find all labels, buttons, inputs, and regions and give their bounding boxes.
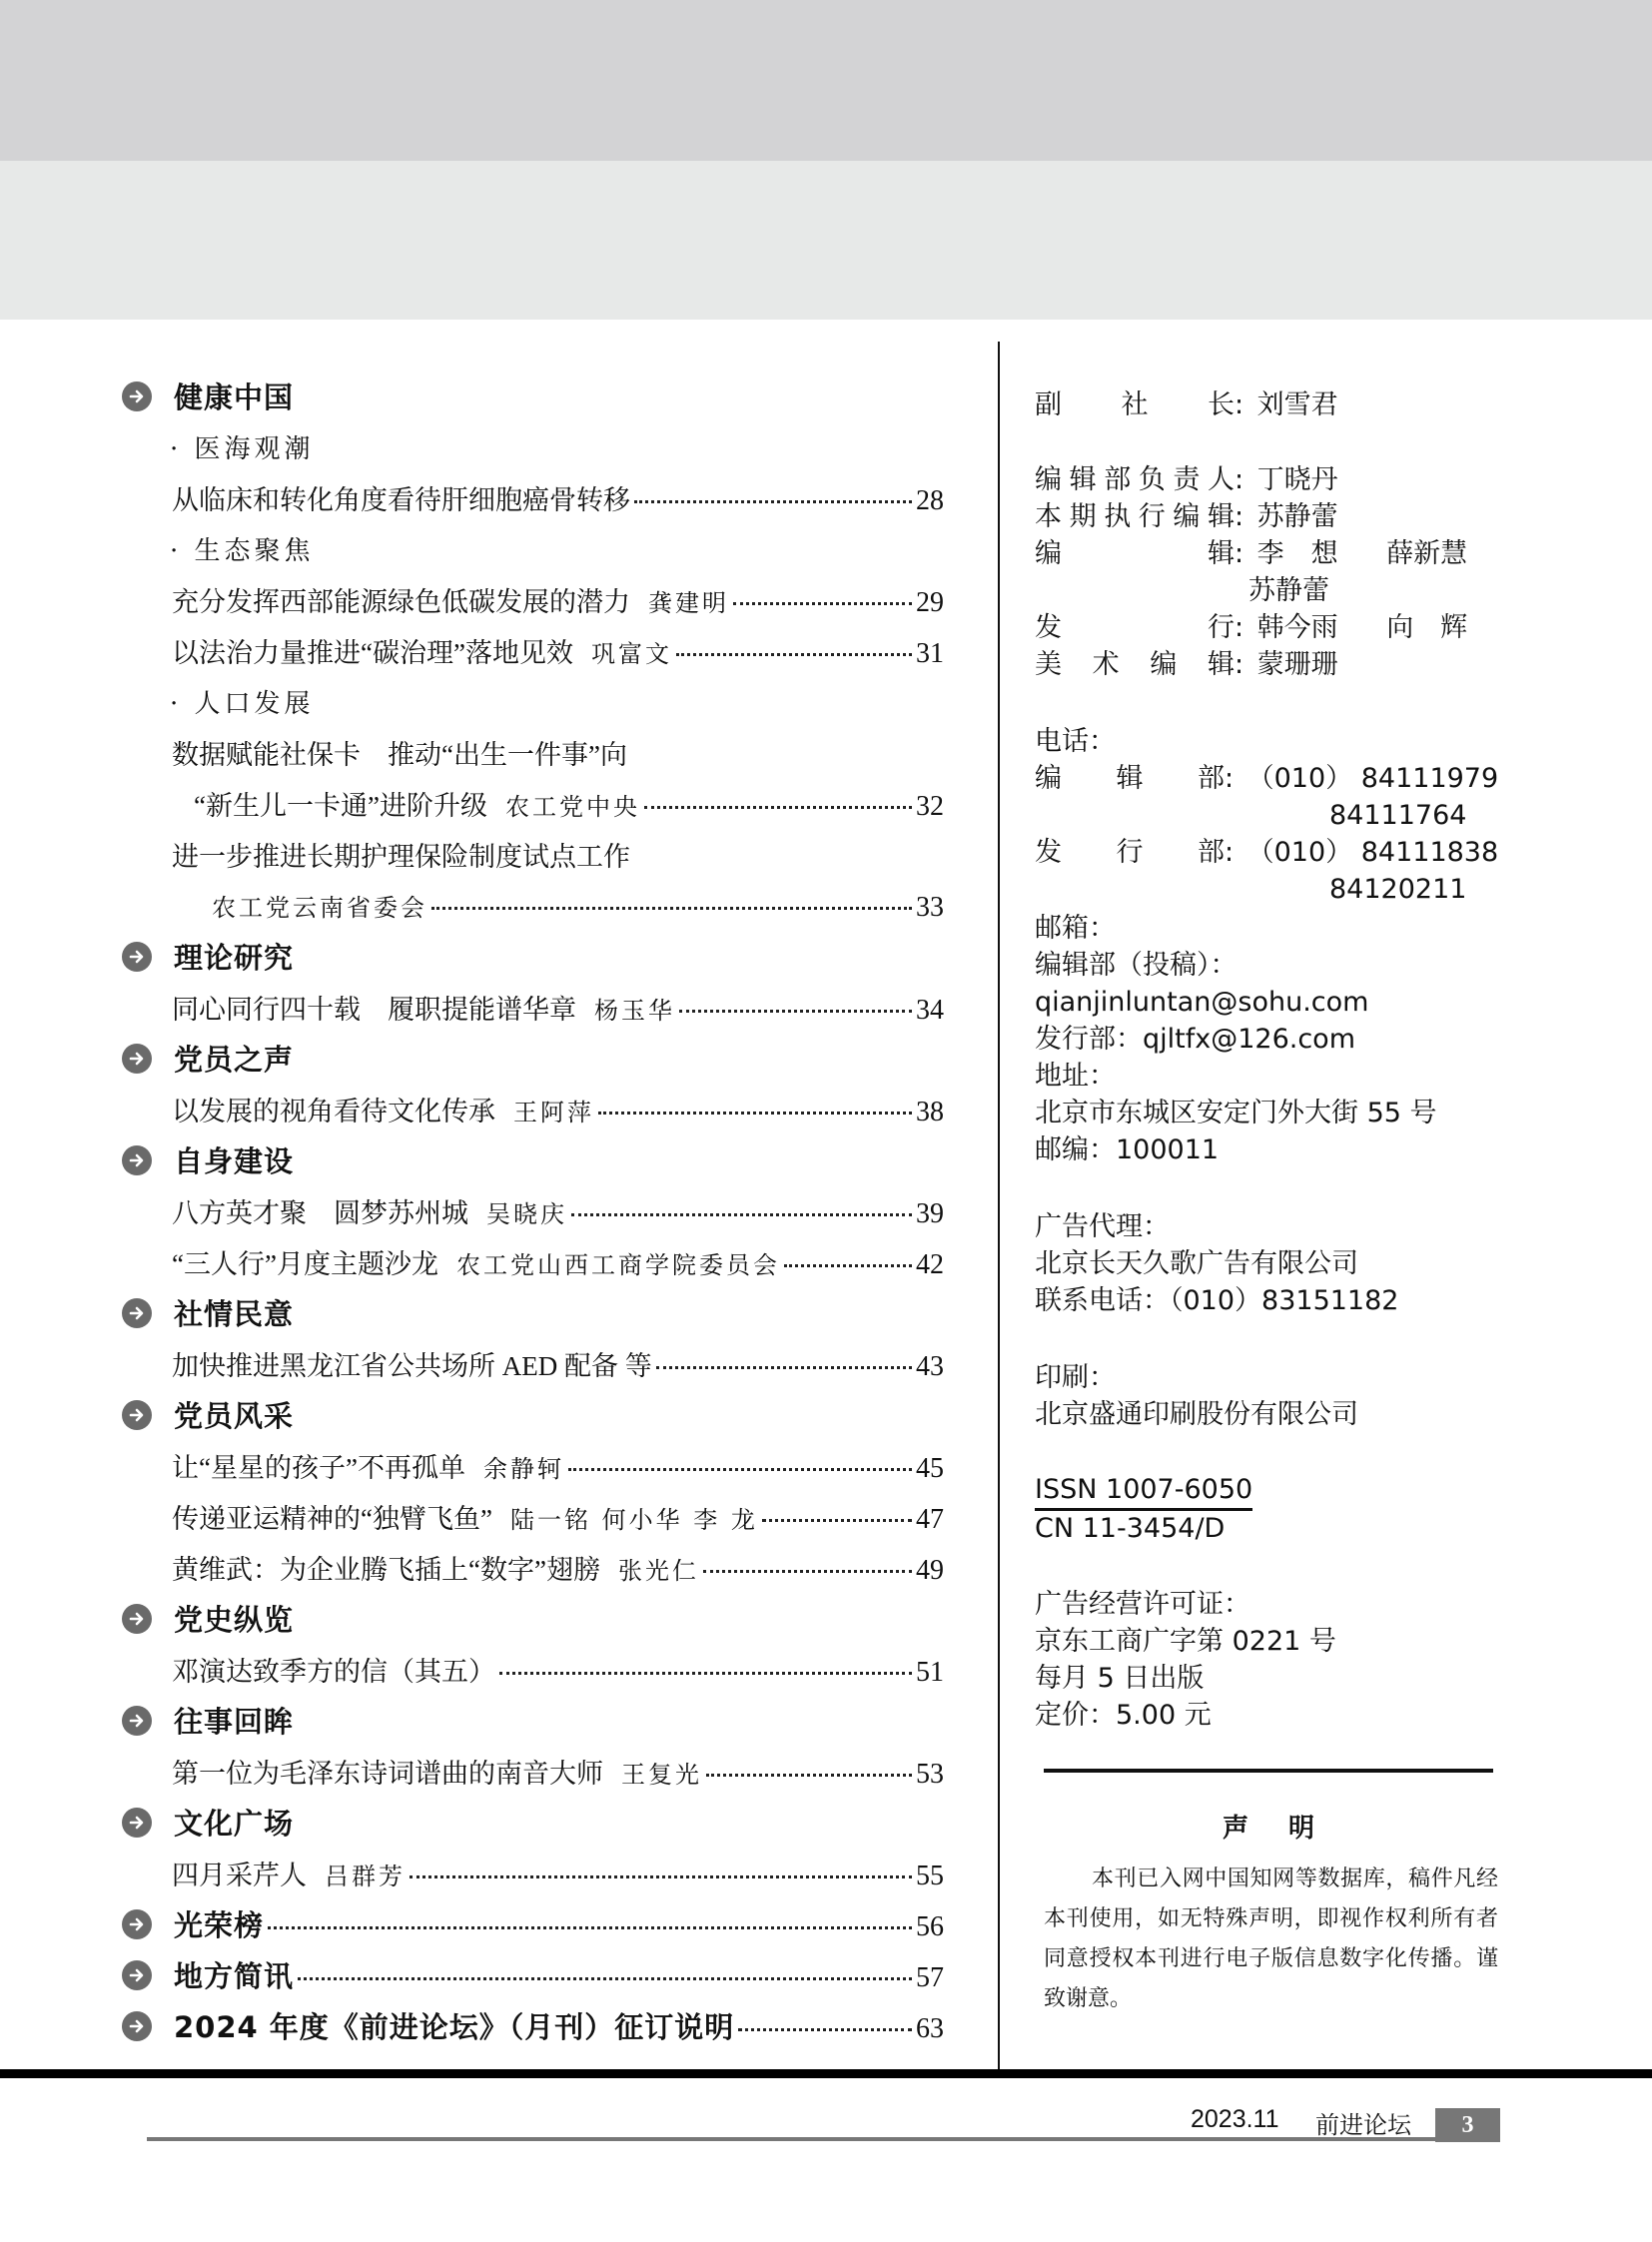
toc-entry[interactable]: 黄维武：为企业腾飞插上“数字”翅膀 张光仁 49 bbox=[0, 1542, 999, 1593]
entry-title: 八方英才聚 圆梦苏州城 bbox=[172, 1191, 468, 1230]
entry-author: 吕群芳 bbox=[325, 1857, 406, 1891]
entry-author: 王阿萍 bbox=[513, 1093, 594, 1127]
section-title: 自身建设 bbox=[174, 1139, 294, 1180]
address: 北京市东城区安定门外大街 55 号 bbox=[1035, 1096, 1437, 1131]
phone-distribution: 发 行 部: （010） 84111838 bbox=[1035, 835, 1498, 871]
postcode: 邮编：100011 bbox=[1035, 1132, 1219, 1168]
toc-section-member-voice[interactable]: 党员之声 bbox=[0, 1033, 999, 1084]
arrow-right-icon bbox=[122, 2011, 152, 2041]
masthead-distribution: 发 行: 韩今雨 向 辉 bbox=[1035, 610, 1467, 646]
entry-title: 从临床和转化角度看待肝细胞癌骨转移 bbox=[172, 478, 630, 517]
email-heading: 邮箱： bbox=[1035, 911, 1116, 947]
dot-leader bbox=[268, 1926, 912, 1929]
printer: 北京盛通印刷股份有限公司 bbox=[1035, 1397, 1358, 1433]
arrow-right-icon bbox=[122, 1706, 152, 1736]
phone-heading: 电话： bbox=[1035, 724, 1116, 760]
entry-title: 邓演达致季方的信（其五） bbox=[172, 1650, 495, 1689]
page-number: 47 bbox=[916, 1504, 944, 1536]
toc-section-local-news[interactable]: 地方简讯 57 bbox=[0, 1949, 999, 2000]
toc-entry-line2[interactable]: “新生儿一卡通”进阶升级 农工党中央 32 bbox=[0, 778, 999, 829]
entry-author: 农工党云南省委会 bbox=[190, 888, 427, 923]
toc-entry[interactable]: 传递亚运精神的“独臂飞鱼” 陆一铭 何小华 李 龙 47 bbox=[0, 1491, 999, 1542]
toc-section-retrospect[interactable]: 往事回眸 bbox=[0, 1695, 999, 1746]
entry-title: 黄维武：为企业腾飞插上“数字”翅膀 bbox=[172, 1548, 600, 1587]
footer-page-number: 3 bbox=[1435, 2108, 1500, 2142]
column-divider bbox=[998, 342, 1000, 2069]
dot-leader bbox=[598, 1112, 912, 1115]
header-band-top bbox=[0, 0, 1652, 161]
entry-title: 加快推进黑龙江省公共场所 AED 配备 等 bbox=[172, 1344, 652, 1383]
page-number: 63 bbox=[916, 2013, 944, 2045]
entry-title: 第一位为毛泽东诗词谱曲的南音大师 bbox=[172, 1752, 603, 1791]
footer-rule bbox=[147, 2137, 1440, 2141]
entry-title: 传递亚运精神的“独臂飞鱼” bbox=[172, 1497, 492, 1536]
toc-entry[interactable]: 加快推进黑龙江省公共场所 AED 配备 等 43 bbox=[0, 1338, 999, 1389]
toc-entry-line2[interactable]: 农工党云南省委会 33 bbox=[0, 880, 999, 931]
dot-leader bbox=[706, 1774, 912, 1777]
toc-entry[interactable]: 以法治力量推进“碳治理”落地见效 巩富文 31 bbox=[0, 625, 999, 676]
toc-entry[interactable]: 八方英才聚 圆梦苏州城 吴晓庆 39 bbox=[0, 1185, 999, 1236]
email-editorial[interactable]: qianjinluntan@sohu.com bbox=[1035, 985, 1368, 1021]
toc-entry-line1[interactable]: 数据赋能社保卡 推动“出生一件事”向 bbox=[0, 727, 999, 778]
dot-leader bbox=[644, 806, 912, 809]
masthead-editorial-head: 编辑部负责人: 丁晓丹 bbox=[1035, 462, 1338, 498]
toc-section-party-history[interactable]: 党史纵览 bbox=[0, 1593, 999, 1644]
toc-section-culture-square[interactable]: 文化广场 bbox=[0, 1797, 999, 1848]
bottom-black-bar bbox=[0, 2069, 1652, 2078]
entry-title: 充分发挥西部能源绿色低碳发展的潜力 bbox=[172, 580, 630, 619]
page-number: 34 bbox=[916, 995, 944, 1027]
masthead-art-editor: 美 术 编 辑: 蒙珊珊 bbox=[1035, 647, 1338, 683]
entry-author: 巩富文 bbox=[591, 634, 672, 669]
subsection-title: · 人口发展 bbox=[170, 683, 315, 720]
section-title: 社情民意 bbox=[174, 1292, 294, 1333]
arrow-right-icon bbox=[122, 1909, 152, 1939]
masthead-deputy-director: 副 社 长: 刘雪君 bbox=[1035, 387, 1338, 423]
toc-subsection: · 医海观潮 bbox=[0, 421, 999, 472]
toc-entry[interactable]: 同心同行四十载 履职提能谱华章 杨玉华 34 bbox=[0, 982, 999, 1033]
entry-author: 杨玉华 bbox=[594, 991, 675, 1026]
entry-title: 让“星星的孩子”不再孤单 bbox=[172, 1446, 465, 1485]
entry-author: 余静轲 bbox=[483, 1449, 564, 1484]
address-heading: 地址： bbox=[1035, 1059, 1116, 1095]
toc-section-health-china[interactable]: 健康中国 bbox=[0, 371, 999, 421]
cn-number: CN 11-3454/D bbox=[1035, 1511, 1225, 1547]
page-number: 51 bbox=[916, 1657, 944, 1689]
entry-title: 四月采芹人 bbox=[172, 1854, 307, 1892]
dot-leader bbox=[784, 1264, 912, 1267]
page-number: 43 bbox=[916, 1351, 944, 1383]
arrow-right-icon bbox=[122, 1298, 152, 1328]
arrow-right-icon bbox=[122, 1604, 152, 1634]
entry-author: 张光仁 bbox=[618, 1551, 699, 1586]
section-title: 地方简讯 bbox=[174, 1954, 294, 1995]
arrow-right-icon bbox=[122, 1808, 152, 1838]
footer-magazine-name: 前进论坛 bbox=[1315, 2105, 1411, 2140]
toc-entry[interactable]: 从临床和转化角度看待肝细胞癌骨转移 28 bbox=[0, 472, 999, 523]
page-number: 42 bbox=[916, 1249, 944, 1281]
toc-subsection: · 生态聚焦 bbox=[0, 523, 999, 574]
dot-leader bbox=[499, 1672, 912, 1675]
page-number: 28 bbox=[916, 485, 944, 517]
subsection-title: · 生态聚焦 bbox=[170, 530, 315, 567]
dot-leader bbox=[676, 653, 912, 656]
page-number: 31 bbox=[916, 638, 944, 670]
toc-entry-line1[interactable]: 进一步推进长期护理保险制度试点工作 bbox=[0, 829, 999, 880]
entry-author: 吴晓庆 bbox=[486, 1194, 567, 1229]
masthead-exec-editor: 本期执行编辑: 苏静蕾 bbox=[1035, 499, 1338, 535]
toc-section-self-building[interactable]: 自身建设 bbox=[0, 1134, 999, 1185]
email-distribution[interactable]: 发行部：qjltfx@126.com bbox=[1035, 1022, 1355, 1058]
arrow-right-icon bbox=[122, 1960, 152, 1990]
toc-entry[interactable]: “三人行”月度主题沙龙 农工党山西工商学院委员会 42 bbox=[0, 1236, 999, 1287]
arrow-right-icon bbox=[122, 1145, 152, 1175]
section-title: 健康中国 bbox=[174, 375, 294, 416]
dot-leader bbox=[431, 907, 912, 910]
page-number: 53 bbox=[916, 1759, 944, 1791]
dot-leader bbox=[410, 1875, 912, 1878]
toc-entry[interactable]: 让“星星的孩子”不再孤单 余静轲 45 bbox=[0, 1440, 999, 1491]
entry-author: 农工党中央 bbox=[505, 787, 640, 822]
entry-title: “新生儿一卡通”进阶升级 bbox=[172, 784, 487, 823]
ad-agent: 北京长天久歌广告有限公司 bbox=[1035, 1246, 1358, 1282]
page-number: 49 bbox=[916, 1555, 944, 1587]
section-title: 文化广场 bbox=[174, 1802, 294, 1843]
footer-issue-date: 2023.11 bbox=[1191, 2105, 1279, 2134]
arrow-right-icon bbox=[122, 381, 152, 411]
ad-license-heading: 广告经营许可证： bbox=[1035, 1587, 1250, 1623]
entry-title: 以法治力量推进“碳治理”落地见效 bbox=[172, 631, 573, 670]
page-number: 45 bbox=[916, 1453, 944, 1485]
notice-title: 声明 bbox=[1044, 1808, 1493, 1845]
printer-heading: 印刷： bbox=[1035, 1360, 1116, 1396]
section-title: 理论研究 bbox=[174, 936, 294, 977]
page-number: 38 bbox=[916, 1097, 944, 1128]
header-band-mid bbox=[0, 161, 1652, 320]
toc-entry[interactable]: 第一位为毛泽东诗词谱曲的南音大师 王复光 53 bbox=[0, 1746, 999, 1797]
phone-editorial: 编 辑 部: （010） 84111979 bbox=[1035, 761, 1498, 797]
dot-leader bbox=[738, 2028, 912, 2031]
entry-author: 龚建明 bbox=[648, 583, 729, 618]
toc-section-theory[interactable]: 理论研究 bbox=[0, 931, 999, 982]
page-number: 29 bbox=[916, 587, 944, 619]
entry-title: 数据赋能社保卡 推动“出生一件事”向 bbox=[172, 733, 627, 772]
entry-title: 进一步推进长期护理保险制度试点工作 bbox=[172, 835, 630, 874]
notice-separator bbox=[1044, 1769, 1493, 1773]
ad-license: 京东工商广字第 0221 号 bbox=[1035, 1624, 1336, 1660]
publication-day: 每月 5 日出版 bbox=[1035, 1661, 1204, 1697]
dot-leader bbox=[656, 1366, 912, 1369]
dot-leader bbox=[762, 1519, 912, 1522]
page-number: 56 bbox=[916, 1911, 944, 1943]
section-title: 党员风采 bbox=[174, 1394, 294, 1435]
toc-section-member-profiles[interactable]: 党员风采 bbox=[0, 1389, 999, 1440]
notice-body: 本刊已入网中国知网等数据库，稿件凡经本刊使用，如无特殊声明，即视作权利所有者同意… bbox=[1044, 1860, 1498, 2019]
toc-section-public-opinion[interactable]: 社情民意 bbox=[0, 1287, 999, 1338]
subsection-title: · 医海观潮 bbox=[170, 428, 315, 465]
entry-title: 同心同行四十载 履职提能谱华章 bbox=[172, 988, 576, 1027]
section-title: 往事回眸 bbox=[174, 1700, 294, 1741]
section-title: 2024 年度《前进论坛》（月刊）征订说明 bbox=[174, 2005, 734, 2046]
toc-section-honor-roll[interactable]: 光荣榜 56 bbox=[0, 1898, 999, 1949]
page-number: 55 bbox=[916, 1861, 944, 1892]
dot-leader bbox=[634, 500, 912, 503]
entry-author: 农工党山西工商学院委员会 bbox=[456, 1245, 780, 1280]
section-title: 党史纵览 bbox=[174, 1598, 294, 1639]
arrow-right-icon bbox=[122, 1400, 152, 1430]
issn: ISSN 1007-6050 bbox=[1035, 1472, 1252, 1511]
phone-distribution-2: 84120211 bbox=[1329, 872, 1466, 908]
page-number: 39 bbox=[916, 1198, 944, 1230]
ad-phone: 联系电话：（010）83151182 bbox=[1035, 1283, 1398, 1319]
entry-author: 陆一铭 何小华 李 龙 bbox=[510, 1500, 758, 1535]
page-number: 57 bbox=[916, 1962, 944, 1994]
email-editorial-label: 编辑部（投稿）： bbox=[1035, 948, 1238, 984]
arrow-right-icon bbox=[122, 1044, 152, 1074]
masthead-editors-cont: 苏静蕾 bbox=[1248, 573, 1329, 609]
phone-editorial-2: 84111764 bbox=[1329, 798, 1466, 834]
entry-author: 王复光 bbox=[621, 1755, 702, 1790]
entry-title: “三人行”月度主题沙龙 bbox=[172, 1242, 438, 1281]
toc-section-subscription[interactable]: 2024 年度《前进论坛》（月刊）征订说明 63 bbox=[0, 2000, 999, 2051]
section-title: 光荣榜 bbox=[174, 1903, 264, 1944]
toc-subsection: · 人口发展 bbox=[0, 676, 999, 727]
masthead-editors: 编 辑: 李 想 薛新慧 bbox=[1035, 536, 1467, 572]
arrow-right-icon bbox=[122, 942, 152, 972]
entry-title: 以发展的视角看待文化传承 bbox=[172, 1090, 495, 1128]
price: 定价：5.00 元 bbox=[1035, 1698, 1212, 1734]
toc-entry[interactable]: 以发展的视角看待文化传承 王阿萍 38 bbox=[0, 1084, 999, 1134]
toc-entry[interactable]: 四月采芹人 吕群芳 55 bbox=[0, 1848, 999, 1898]
section-title: 党员之声 bbox=[174, 1038, 294, 1079]
dot-leader bbox=[703, 1570, 912, 1573]
ad-agent-heading: 广告代理： bbox=[1035, 1209, 1170, 1245]
dot-leader bbox=[568, 1468, 912, 1471]
page-number: 32 bbox=[916, 791, 944, 823]
dot-leader bbox=[733, 602, 912, 605]
dot-leader bbox=[679, 1010, 912, 1013]
dot-leader bbox=[571, 1213, 912, 1216]
page-number: 33 bbox=[916, 892, 944, 924]
dot-leader bbox=[298, 1977, 912, 1980]
toc-entry[interactable]: 邓演达致季方的信（其五） 51 bbox=[0, 1644, 999, 1695]
toc-entry[interactable]: 充分发挥西部能源绿色低碳发展的潜力 龚建明 29 bbox=[0, 574, 999, 625]
